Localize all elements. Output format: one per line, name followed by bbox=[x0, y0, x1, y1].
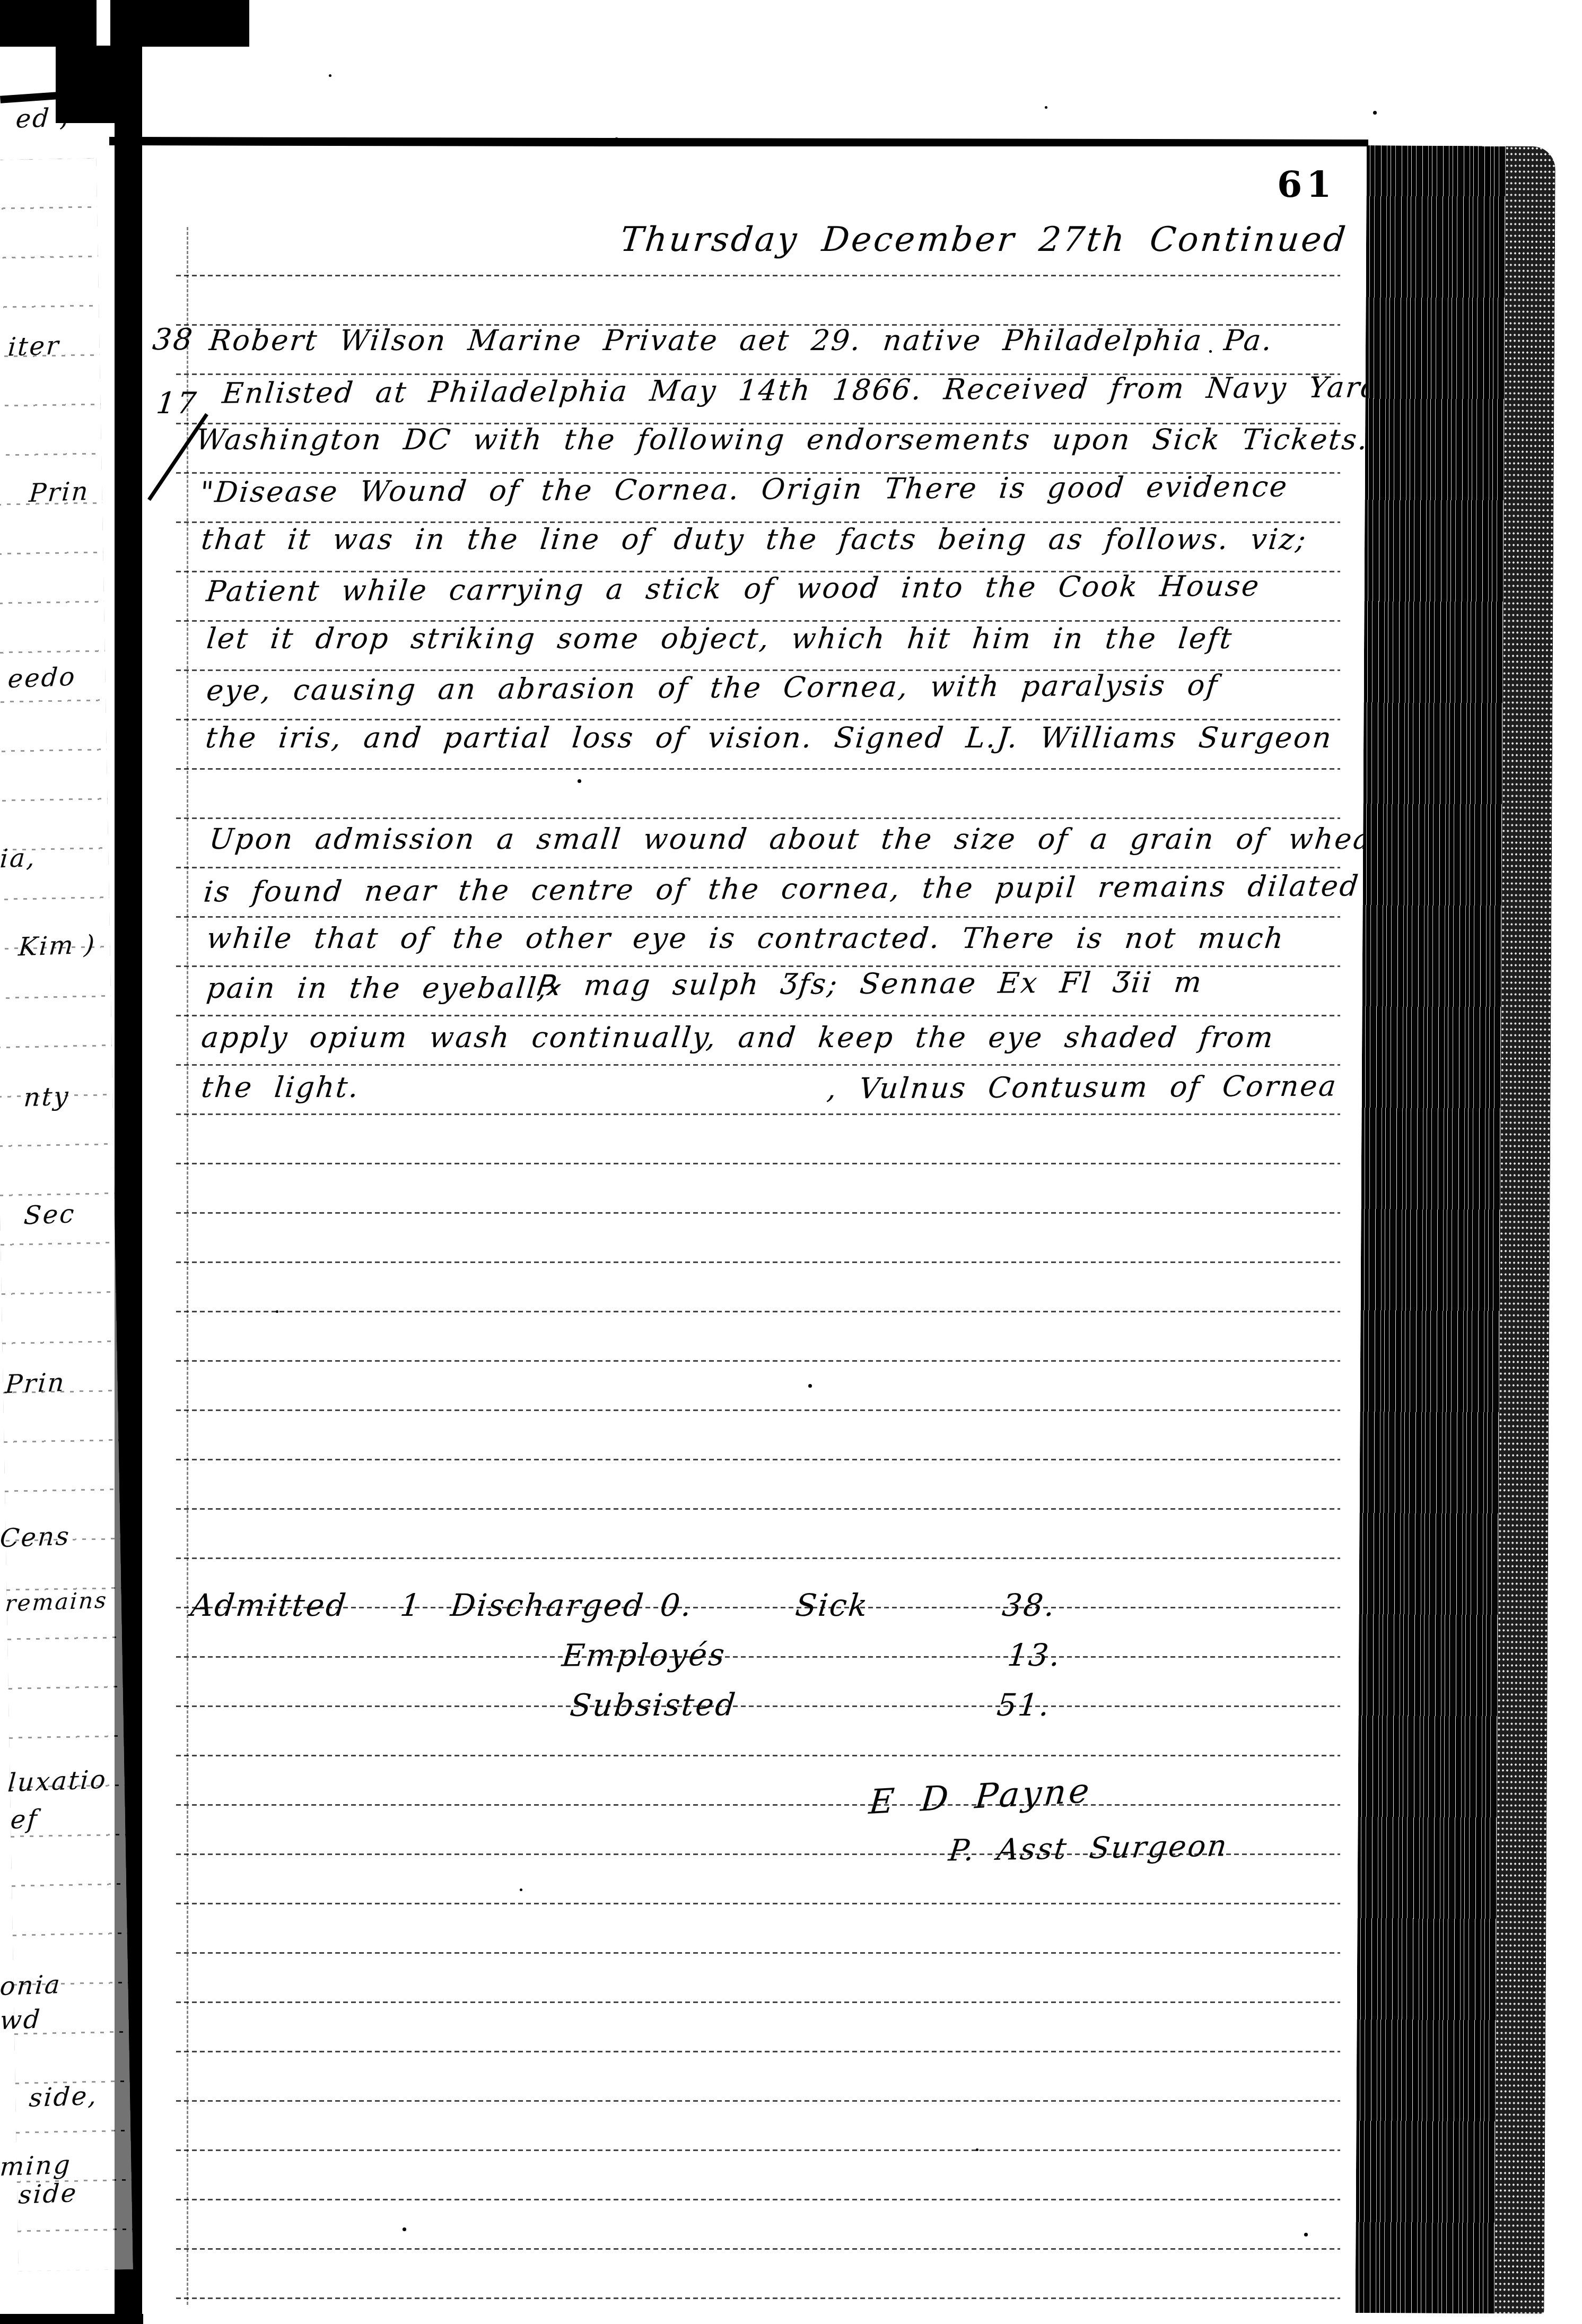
left-page-fragment: Kim ) bbox=[18, 929, 97, 962]
record-line: Robert Wilson Marine Private aet 29. nat… bbox=[208, 324, 1275, 357]
summary-value: 51. bbox=[995, 1687, 1052, 1723]
left-page-fragment: side bbox=[18, 2178, 78, 2210]
left-page-fragment: ef bbox=[10, 1804, 39, 1835]
note-line: while that of the other eye is contracte… bbox=[205, 921, 1287, 955]
left-page-fragment: wd bbox=[0, 2005, 42, 2036]
margin-case-number: 17 bbox=[155, 386, 199, 421]
left-page-fragment: Cens bbox=[0, 1521, 72, 1554]
record-line: that it was in the line of duty the fact… bbox=[200, 523, 1309, 556]
left-page-fragment: ming bbox=[0, 2150, 73, 2182]
summary-value: 0. bbox=[658, 1587, 694, 1623]
note-line: pain in the eyeball, bbox=[205, 971, 550, 1005]
signature-title: P. Asst Surgeon bbox=[947, 1829, 1230, 1868]
record-line: "Disease Wound of the Cornea. Origin The… bbox=[198, 470, 1290, 509]
summary-value: 38. bbox=[1000, 1587, 1057, 1623]
record-line: Washington DC with the following endorse… bbox=[195, 423, 1371, 456]
record-line: eye, causing an abrasion of the Cornea, … bbox=[205, 668, 1220, 707]
scanned-register-page: ed , iter Prin eedo ia, Kim ) nty Sec Pr… bbox=[0, 0, 1582, 2324]
margin-case-number: 38 bbox=[151, 323, 196, 357]
record-line: Enlisted at Philadelphia May 14th 1866. … bbox=[221, 370, 1383, 410]
entry-date-heading: Thursday December 27th Continued bbox=[618, 220, 1349, 259]
summary-value: 1 bbox=[398, 1587, 423, 1623]
summary-value: 13. bbox=[1006, 1637, 1063, 1673]
summary-label: Sick bbox=[793, 1587, 870, 1623]
left-page-fragment: Sec bbox=[23, 1199, 76, 1230]
note-line: Upon admission a small wound about the s… bbox=[208, 822, 1387, 856]
record-line: let it drop striking some object, which … bbox=[205, 622, 1235, 655]
left-page-fragment: ed , bbox=[15, 102, 71, 134]
scanner-background-corner bbox=[0, 0, 97, 47]
left-page-fragment: Prin bbox=[4, 1368, 67, 1399]
previous-page-sliver: ed , iter Prin eedo ia, Kim ) nty Sec Pr… bbox=[0, 95, 143, 2324]
left-page-fragment: remains bbox=[4, 1587, 109, 1617]
left-page-fragment: luxatio bbox=[7, 1765, 108, 1798]
summary-label: Discharged bbox=[449, 1587, 646, 1623]
left-page-fragment: nty bbox=[23, 1082, 71, 1113]
left-page-fragment: eedo bbox=[7, 662, 77, 694]
left-page-fragment: ia, bbox=[0, 843, 37, 874]
summary-label: Admitted bbox=[189, 1587, 349, 1623]
margin-rule-line bbox=[187, 227, 188, 2305]
note-line: apply opium wash continually, and keep t… bbox=[200, 1021, 1277, 1054]
prescription-line: ℞ mag sulph Ʒfs; Sennae Ex Fl Ʒii m bbox=[534, 965, 1205, 1003]
book-fore-edge bbox=[1356, 145, 1555, 2314]
page-number: 61 bbox=[1277, 163, 1336, 206]
summary-label: Employés bbox=[561, 1637, 728, 1674]
left-page-fragment: iter bbox=[7, 330, 61, 362]
left-page-fragment: Prin bbox=[28, 476, 91, 508]
scanner-background-corner bbox=[110, 0, 249, 47]
record-line: the iris, and partial loss of vision. Si… bbox=[204, 721, 1334, 754]
record-line: Patient while carrying a stick of wood i… bbox=[205, 569, 1262, 608]
fore-edge-outer-texture bbox=[1494, 146, 1555, 2313]
journal-page: 61 Thursday December 27th Continued 38 1… bbox=[143, 146, 1367, 2324]
left-page-fragment: onia bbox=[0, 1970, 63, 2001]
note-line: is found near the centre of the cornea, … bbox=[202, 869, 1361, 908]
left-page-fragment: side, bbox=[28, 2081, 99, 2113]
note-line: the light. bbox=[200, 1070, 362, 1104]
scan-noise bbox=[329, 74, 331, 77]
fore-edge-page-stack bbox=[1356, 145, 1506, 2313]
diagnosis-line: , Vulnus Contusum of Cornea bbox=[826, 1069, 1339, 1105]
summary-label: Subsisted bbox=[569, 1686, 739, 1724]
